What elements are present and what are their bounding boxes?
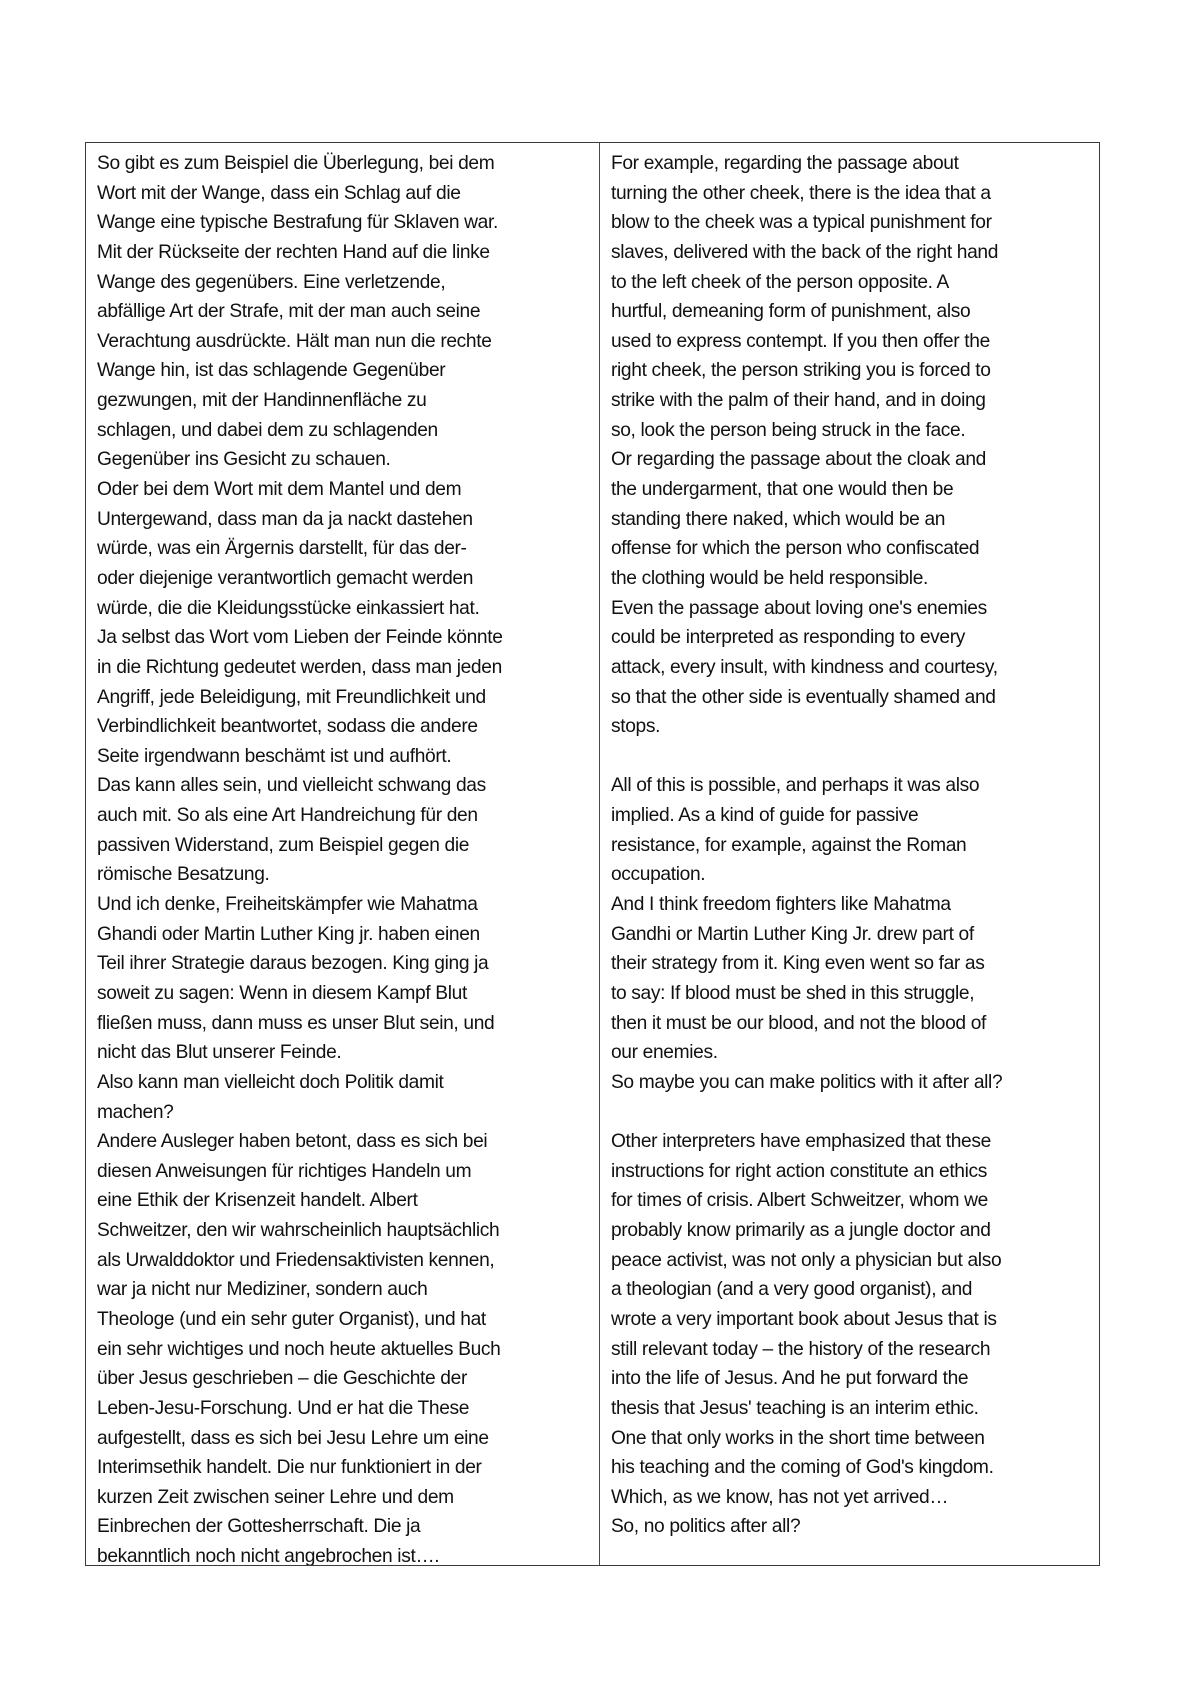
german-text-line: würde, was ein Ärgernis darstellt, für d… bbox=[97, 534, 589, 564]
german-text-line: Ja selbst das Wort vom Lieben der Feinde… bbox=[97, 623, 589, 653]
german-text-line: bekanntlich noch nicht angebrochen ist…. bbox=[97, 1542, 589, 1565]
english-text-line: hurtful, demeaning form of punishment, a… bbox=[611, 297, 1089, 327]
document-page: So gibt es zum Beispiel die Überlegung, … bbox=[0, 0, 1200, 1697]
german-text-line: machen? bbox=[97, 1098, 589, 1128]
german-text-line: Interimsethik handelt. Die nur funktioni… bbox=[97, 1453, 589, 1483]
german-text-line: Wange eine typische Bestrafung für Sklav… bbox=[97, 208, 589, 238]
english-text-line: a theologian (and a very good organist),… bbox=[611, 1275, 1089, 1305]
english-text-line: so that the other side is eventually sha… bbox=[611, 683, 1089, 713]
german-text-line: Untergewand, dass man da ja nackt dasteh… bbox=[97, 505, 589, 535]
english-text-line: so, look the person being struck in the … bbox=[611, 416, 1089, 446]
german-text-line: Das kann alles sein, und vielleicht schw… bbox=[97, 771, 589, 801]
bilingual-table: So gibt es zum Beispiel die Überlegung, … bbox=[85, 142, 1100, 1566]
german-text-line: Angriff, jede Beleidigung, mit Freundlic… bbox=[97, 683, 589, 713]
english-text-line: resistance, for example, against the Rom… bbox=[611, 831, 1089, 861]
english-text-line: Even the passage about loving one's enem… bbox=[611, 594, 1089, 624]
german-text-line: Ghandi oder Martin Luther King jr. haben… bbox=[97, 920, 589, 950]
english-text-line: All of this is possible, and perhaps it … bbox=[611, 771, 1089, 801]
english-text-line: into the life of Jesus. And he put forwa… bbox=[611, 1364, 1089, 1394]
german-text-line: diesen Anweisungen für richtiges Handeln… bbox=[97, 1157, 589, 1187]
english-text-line: could be interpreted as responding to ev… bbox=[611, 623, 1089, 653]
german-text-line: oder diejenige verantwortlich gemacht we… bbox=[97, 564, 589, 594]
german-text-line: war ja nicht nur Mediziner, sondern auch bbox=[97, 1275, 589, 1305]
english-text-line: attack, every insult, with kindness and … bbox=[611, 653, 1089, 683]
german-text-line: abfällige Art der Strafe, mit der man au… bbox=[97, 297, 589, 327]
german-text-line: Gegenüber ins Gesicht zu schauen. bbox=[97, 445, 589, 475]
german-text-line: kurzen Zeit zwischen seiner Lehre und de… bbox=[97, 1483, 589, 1513]
english-text-line: to the left cheek of the person opposite… bbox=[611, 268, 1089, 298]
english-text-line: standing there naked, which would be an bbox=[611, 505, 1089, 535]
german-text-line: schlagen, und dabei dem zu schlagenden bbox=[97, 416, 589, 446]
english-text-line: the clothing would be held responsible. bbox=[611, 564, 1089, 594]
german-text-line: Also kann man vielleicht doch Politik da… bbox=[97, 1068, 589, 1098]
german-text-line: Oder bei dem Wort mit dem Mantel und dem bbox=[97, 475, 589, 505]
german-text-line: nicht das Blut unserer Feinde. bbox=[97, 1038, 589, 1068]
english-text-line: for times of crisis. Albert Schweitzer, … bbox=[611, 1186, 1089, 1216]
english-text-line: wrote a very important book about Jesus … bbox=[611, 1305, 1089, 1335]
german-text-line: Wange des gegenübers. Eine verletzende, bbox=[97, 268, 589, 298]
english-text-line: strike with the palm of their hand, and … bbox=[611, 386, 1089, 416]
english-text-line: their strategy from it. King even went s… bbox=[611, 949, 1089, 979]
english-text-line: blow to the cheek was a typical punishme… bbox=[611, 208, 1089, 238]
english-text-line bbox=[611, 1098, 1089, 1128]
english-text-line: Or regarding the passage about the cloak… bbox=[611, 445, 1089, 475]
english-text-line: For example, regarding the passage about bbox=[611, 149, 1089, 179]
english-text-line: turning the other cheek, there is the id… bbox=[611, 179, 1089, 209]
german-text-line: Theologe (und ein sehr guter Organist), … bbox=[97, 1305, 589, 1335]
german-text-line: gezwungen, mit der Handinnenfläche zu bbox=[97, 386, 589, 416]
german-text-line: römische Besatzung. bbox=[97, 860, 589, 890]
german-text-line: würde, die die Kleidungsstücke einkassie… bbox=[97, 594, 589, 624]
german-text-line: Verbindlichkeit beantwortet, sodass die … bbox=[97, 712, 589, 742]
english-text-line: So maybe you can make politics with it a… bbox=[611, 1068, 1089, 1098]
english-text-line: Gandhi or Martin Luther King Jr. drew pa… bbox=[611, 920, 1089, 950]
english-text-line: offense for which the person who confisc… bbox=[611, 534, 1089, 564]
german-text-line: Mit der Rückseite der rechten Hand auf d… bbox=[97, 238, 589, 268]
english-text-line bbox=[611, 742, 1089, 772]
english-text-line: still relevant today – the history of th… bbox=[611, 1335, 1089, 1365]
english-text-line: One that only works in the short time be… bbox=[611, 1424, 1089, 1454]
english-text-line: probably know primarily as a jungle doct… bbox=[611, 1216, 1089, 1246]
german-text-line: Wange hin, ist das schlagende Gegenüber bbox=[97, 356, 589, 386]
english-text-line: the undergarment, that one would then be bbox=[611, 475, 1089, 505]
german-text-line: ein sehr wichtiges und noch heute aktuel… bbox=[97, 1335, 589, 1365]
english-text-line: thesis that Jesus' teaching is an interi… bbox=[611, 1394, 1089, 1424]
english-column: For example, regarding the passage about… bbox=[600, 143, 1099, 1565]
english-text-line: slaves, delivered with the back of the r… bbox=[611, 238, 1089, 268]
german-text-line: über Jesus geschrieben – die Geschichte … bbox=[97, 1364, 589, 1394]
english-text-line: occupation. bbox=[611, 860, 1089, 890]
german-text-line: Teil ihrer Strategie daraus bezogen. Kin… bbox=[97, 949, 589, 979]
english-text-line: So, no politics after all? bbox=[611, 1512, 1089, 1542]
english-text-line: implied. As a kind of guide for passive bbox=[611, 801, 1089, 831]
german-text-line: Und ich denke, Freiheitskämpfer wie Maha… bbox=[97, 890, 589, 920]
german-text-line: Schweitzer, den wir wahrscheinlich haupt… bbox=[97, 1216, 589, 1246]
german-text-line: Verachtung ausdrückte. Hält man nun die … bbox=[97, 327, 589, 357]
german-text-line: als Urwalddoktor und Friedensaktivisten … bbox=[97, 1246, 589, 1276]
german-text-line: Einbrechen der Gottesherrschaft. Die ja bbox=[97, 1512, 589, 1542]
german-text-line: eine Ethik der Krisenzeit handelt. Alber… bbox=[97, 1186, 589, 1216]
english-text-line: his teaching and the coming of God's kin… bbox=[611, 1453, 1089, 1483]
german-text-line: auch mit. So als eine Art Handreichung f… bbox=[97, 801, 589, 831]
german-text-line: Leben-Jesu-Forschung. Und er hat die The… bbox=[97, 1394, 589, 1424]
english-text-line: stops. bbox=[611, 712, 1089, 742]
english-text-line: peace activist, was not only a physician… bbox=[611, 1246, 1089, 1276]
german-text-line: aufgestellt, dass es sich bei Jesu Lehre… bbox=[97, 1424, 589, 1454]
english-text-line: then it must be our blood, and not the b… bbox=[611, 1009, 1089, 1039]
english-text-line: Other interpreters have emphasized that … bbox=[611, 1127, 1089, 1157]
german-text-line: Wort mit der Wange, dass ein Schlag auf … bbox=[97, 179, 589, 209]
english-text-line: to say: If blood must be shed in this st… bbox=[611, 979, 1089, 1009]
english-text-line: our enemies. bbox=[611, 1038, 1089, 1068]
german-text-line: Andere Ausleger haben betont, dass es si… bbox=[97, 1127, 589, 1157]
german-text-line: in die Richtung gedeutet werden, dass ma… bbox=[97, 653, 589, 683]
german-text-line: Seite irgendwann beschämt ist und aufhör… bbox=[97, 742, 589, 772]
german-text-line: fließen muss, dann muss es unser Blut se… bbox=[97, 1009, 589, 1039]
german-column: So gibt es zum Beispiel die Überlegung, … bbox=[86, 143, 600, 1565]
english-text-line: used to express contempt. If you then of… bbox=[611, 327, 1089, 357]
english-text-line: right cheek, the person striking you is … bbox=[611, 356, 1089, 386]
german-text-line: soweit zu sagen: Wenn in diesem Kampf Bl… bbox=[97, 979, 589, 1009]
english-text-line: instructions for right action constitute… bbox=[611, 1157, 1089, 1187]
german-text-line: So gibt es zum Beispiel die Überlegung, … bbox=[97, 149, 589, 179]
english-text-line: And I think freedom fighters like Mahatm… bbox=[611, 890, 1089, 920]
german-text-line: passiven Widerstand, zum Beispiel gegen … bbox=[97, 831, 589, 861]
english-text-line: Which, as we know, has not yet arrived… bbox=[611, 1483, 1089, 1513]
